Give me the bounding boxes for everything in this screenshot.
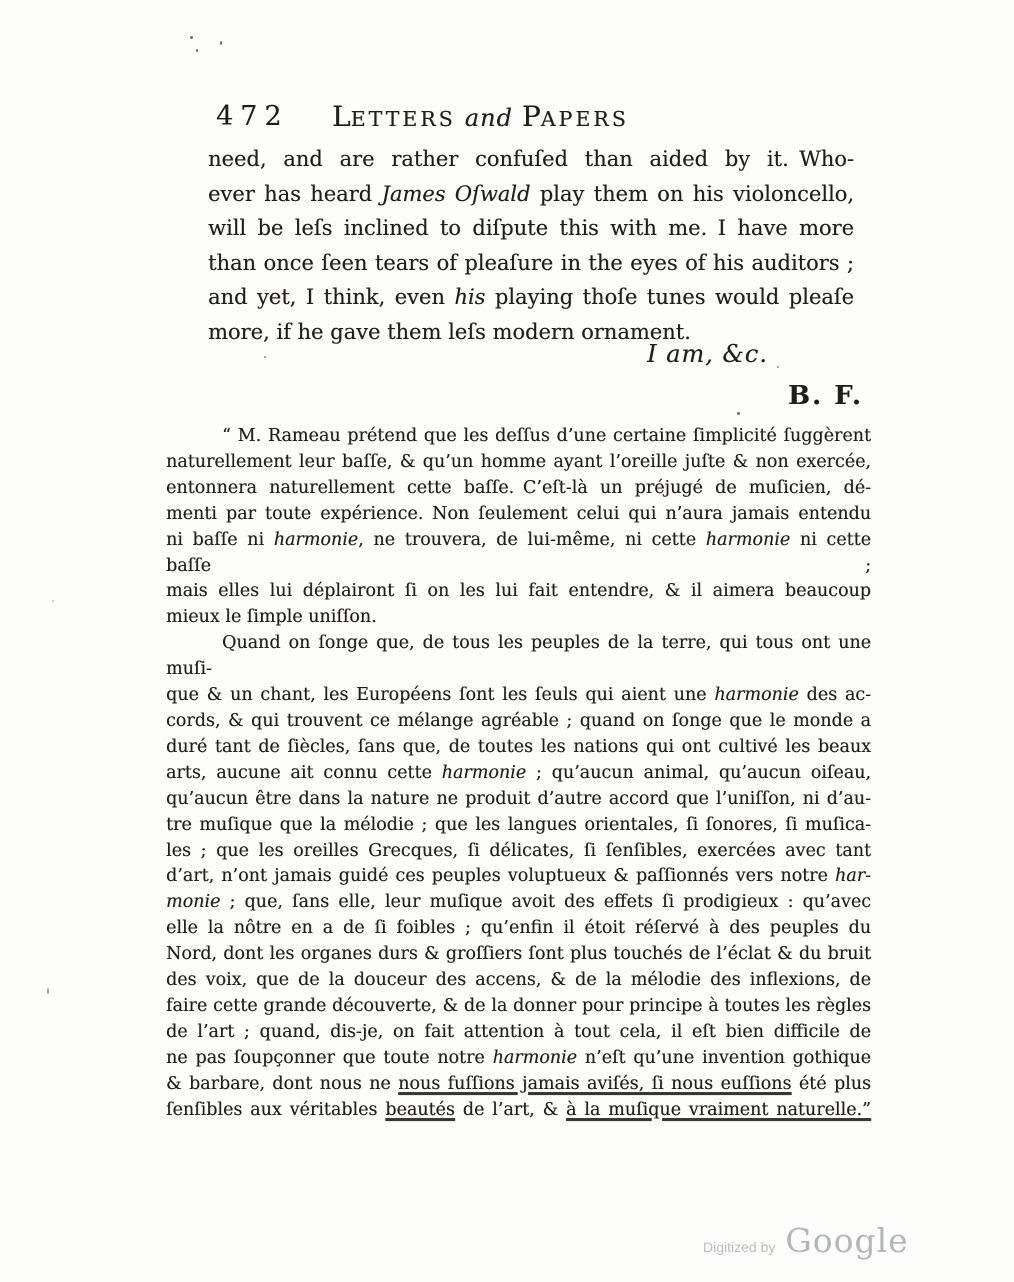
text-line: monie ; que, ſans elle, leur muſique avo… — [166, 890, 871, 916]
scan-speck — [52, 600, 54, 602]
text-segment: entonnera naturellement cette baſſe. C’e… — [166, 478, 871, 498]
text-line: les ; que les oreilles Grecques, ſi déli… — [166, 839, 871, 865]
italic-text: har- — [835, 866, 871, 886]
text-line: des voix, que de la douceur des accens, … — [166, 968, 871, 994]
italic-text: harmonie — [274, 530, 358, 550]
italic-text: monie — [166, 892, 220, 912]
text-line: arts, aucune ait connu cette harmonie ; … — [166, 761, 871, 787]
text-segment: ni baſſe ni — [166, 530, 274, 550]
text-line: “ M. Rameau prétend que les deſſus d’une… — [166, 424, 871, 450]
text-segment: Nord, dont les organes durs & groſſiers … — [166, 944, 871, 964]
text-line: Nord, dont les organes durs & groſſiers … — [166, 942, 871, 968]
text-line: faire cette grande découverte, & de la d… — [166, 994, 871, 1020]
text-segment: duré tant de ſiècles, ſans que, de toute… — [166, 737, 871, 757]
text-line: ne pas ſoupçonner que toute notre harmon… — [166, 1046, 871, 1072]
text-segment: and yet, I think, even — [208, 285, 454, 309]
italic-text: his — [454, 285, 485, 309]
text-line: ni baſſe ni harmonie, ne trouvera, de lu… — [166, 528, 871, 580]
text-segment: menti par toute expérience. Non ſeulemen… — [166, 504, 871, 524]
text-segment: beautés — [385, 1100, 455, 1120]
text-line: naturellement leur baſſe, & qu’un homme … — [166, 450, 871, 476]
text-segment: été plus — [791, 1074, 871, 1094]
title-initial-l: L — [332, 100, 351, 133]
scan-speck — [196, 49, 198, 52]
italic-text: harmonie — [706, 530, 790, 550]
title-initial-p: P — [522, 100, 541, 133]
page-number: 472 — [216, 101, 289, 132]
text-line: and yet, I think, even his playing thoſe… — [208, 280, 854, 315]
title-letters: ETTERS — [351, 107, 456, 131]
text-segment: playing thoſe tunes would pleaſe — [485, 285, 854, 309]
scan-speck — [220, 41, 222, 45]
text-line: need, and are rather confuſed than aided… — [208, 142, 854, 177]
text-line: & barbare, dont nous ne nous fuſſions ja… — [166, 1072, 871, 1098]
text-segment: ſenſibles aux véritables — [166, 1100, 385, 1120]
scan-speck — [777, 366, 779, 368]
text-segment: mais elles lui déplairont ſi on les lui … — [166, 581, 871, 601]
english-paragraph: need, and are rather confuſed than aided… — [208, 142, 854, 350]
signature-initials: B. F. — [788, 381, 863, 411]
text-line: mais elles lui déplairont ſi on les lui … — [166, 579, 871, 605]
text-segment: elle la nôtre en a de ſi foibles ; qu’en… — [166, 918, 871, 938]
text-line: tre muſique que la mélodie ; que les lan… — [166, 813, 871, 839]
text-segment: ; qu’aucun animal, qu’aucun oiſeau, — [526, 763, 871, 783]
text-segment: nous fuſſions jamais aviſés, ſi nous euſ… — [398, 1074, 791, 1094]
text-segment: ever has heard — [208, 182, 381, 206]
text-line: ever has heard James Oſwald play them on… — [208, 177, 854, 212]
text-line: will be leſs inclined to diſpute this wi… — [208, 211, 854, 246]
italic-text: harmonie — [442, 763, 526, 783]
italic-text: James Oſwald — [381, 182, 530, 206]
text-line: Quand on ſonge que, de tous les peuples … — [166, 631, 871, 683]
scan-speck — [737, 412, 740, 415]
italic-text: harmonie — [714, 685, 798, 705]
scan-speck — [190, 36, 193, 39]
scan-speck — [264, 356, 266, 358]
text-line: mieux le ſimple uniſſon. — [166, 605, 871, 631]
text-segment: & barbare, dont nous ne — [166, 1074, 398, 1094]
text-segment: will be leſs inclined to diſpute this wi… — [208, 216, 854, 240]
title-and: and — [465, 104, 513, 132]
text-segment: , ne trouvera, de lui-même, ni cette — [358, 530, 706, 550]
text-line: entonnera naturellement cette baſſe. C’e… — [166, 476, 871, 502]
text-line: than once ſeen tears of pleaſure in the … — [208, 246, 854, 281]
text-segment: de l’art ; quand, dis-je, on fait attent… — [166, 1022, 871, 1042]
text-segment: play them on his violoncello, — [530, 182, 854, 206]
valediction-line: I am, &c. — [647, 340, 768, 368]
text-segment: cords, & qui trouvent ce mélange agréabl… — [166, 711, 871, 731]
text-line: elle la nôtre en a de ſi foibles ; qu’en… — [166, 916, 871, 942]
text-line: cords, & qui trouvent ce mélange agréabl… — [166, 709, 871, 735]
text-segment: qu’aucun être dans la nature ne produit … — [166, 789, 871, 809]
text-line: menti par toute expérience. Non ſeulemen… — [166, 502, 871, 528]
text-line: de l’art ; quand, dis-je, on fait attent… — [166, 1020, 871, 1046]
text-segment: tre muſique que la mélodie ; que les lan… — [166, 815, 871, 835]
text-line: ſenſibles aux véritables beautés de l’ar… — [166, 1098, 871, 1124]
title-papers: APERS — [541, 107, 629, 131]
text-segment: des voix, que de la douceur des accens, … — [166, 970, 871, 990]
text-segment: arts, aucune ait connu cette — [166, 763, 442, 783]
text-segment: les ; que les oreilles Grecques, ſi déli… — [166, 841, 871, 861]
text-segment: de l’art, & — [455, 1100, 566, 1120]
text-segment: ne pas ſoupçonner que toute notre — [166, 1048, 493, 1068]
italic-text: harmonie — [493, 1048, 577, 1068]
text-line: duré tant de ſiècles, ſans que, de toute… — [166, 735, 871, 761]
text-segment: des ac- — [799, 685, 871, 705]
text-segment: mieux le ſimple uniſſon. — [166, 607, 377, 627]
text-segment: than once ſeen tears of pleaſure in the … — [208, 251, 854, 275]
book-page: 472 LETTERSandPAPERS need, and are rathe… — [0, 0, 1014, 1282]
text-segment: naturellement leur baſſe, & qu’un homme … — [166, 452, 871, 472]
google-logo: Google — [785, 1221, 908, 1260]
text-line: qu’aucun être dans la nature ne produit … — [166, 787, 871, 813]
text-segment: à la muſique vraiment naturelle.” — [566, 1100, 871, 1120]
digitized-by-label: Digitized by — [703, 1239, 775, 1255]
text-segment: d’art, n’ont jamais guidé ces peuples vo… — [166, 866, 835, 886]
text-segment: “ M. Rameau prétend que les deſſus d’une… — [222, 426, 871, 446]
text-segment: need, and are rather confuſed than aided… — [208, 147, 854, 171]
watermark: Digitized by Google — [703, 1221, 909, 1260]
text-line: d’art, n’ont jamais guidé ces peuples vo… — [166, 864, 871, 890]
text-segment: Quand on ſonge que, de tous les peuples … — [166, 633, 871, 679]
text-segment: que & un chant, les Européens ſont les ſ… — [166, 685, 714, 705]
text-segment: faire cette grande découverte, & de la d… — [166, 996, 871, 1016]
text-segment: n’eſt qu’une invention gothique — [577, 1048, 871, 1068]
french-quotation: “ M. Rameau prétend que les deſſus d’une… — [166, 424, 871, 1123]
scan-speck — [47, 988, 49, 994]
text-line: que & un chant, les Européens ſont les ſ… — [166, 683, 871, 709]
running-title: LETTERSandPAPERS — [332, 100, 629, 133]
text-segment: more, if he gave them leſs modern orname… — [208, 320, 691, 344]
text-segment: ; que, ſans elle, leur muſique avoit des… — [220, 892, 871, 912]
